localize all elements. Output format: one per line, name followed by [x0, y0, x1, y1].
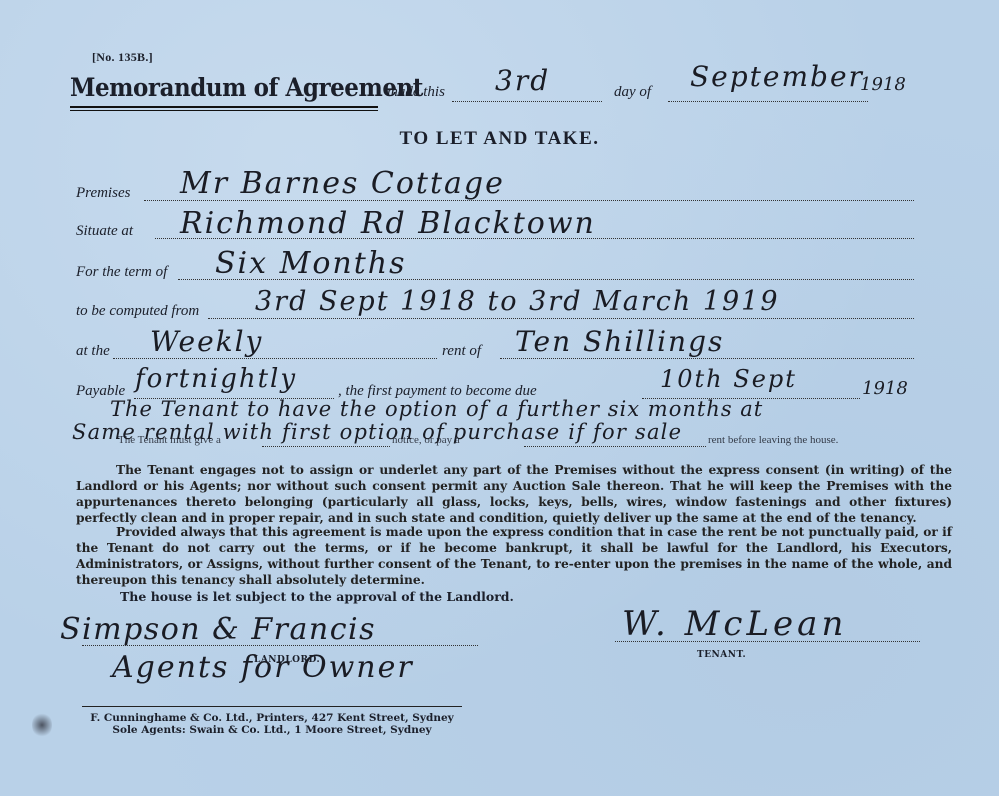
proviso-paragraph: Provided always that this agreement is m… [76, 524, 952, 588]
heading-underline [70, 106, 378, 111]
situate-label: Situate at [76, 223, 133, 240]
computed-label: to be computed from [76, 303, 199, 320]
at-the-label: at the [76, 343, 110, 360]
document-heading: Memorandum of Agreement [70, 73, 423, 102]
made-this-label: made this [387, 84, 445, 101]
notice-prefix: The Tenant must give a [118, 434, 221, 446]
first-payment-value[interactable]: 10th Sept [660, 365, 797, 393]
printer-rule [82, 706, 462, 707]
term-label: For the term of [76, 264, 167, 281]
notice-line [262, 446, 390, 447]
payable-value[interactable]: fortnightly [135, 364, 297, 394]
agreement-form: [No. 135B.] Memorandum of Agreement made… [0, 0, 999, 796]
computed-value[interactable]: 3rd Sept 1918 to 3rd March 1919 [255, 286, 780, 317]
first-payment-year[interactable]: 1918 [862, 378, 908, 399]
tenant-signature[interactable]: W. McLean [622, 604, 847, 644]
premises-value[interactable]: Mr Barnes Cottage [180, 166, 505, 201]
rent-of-value[interactable]: Ten Shillings [515, 325, 724, 358]
situate-value[interactable]: Richmond Rd Blacktown [180, 206, 596, 241]
printer-line-1: F. Cunninghame & Co. Ltd., Printers, 427… [82, 712, 462, 724]
premises-label: Premises [76, 185, 130, 202]
landlord-signature[interactable]: Simpson & Francis [60, 612, 376, 647]
form-number: [No. 135B.] [92, 50, 153, 65]
month-field-line [668, 101, 868, 102]
rent-of-label: rent of [442, 343, 481, 360]
tenant-label: TENANT. [697, 650, 746, 660]
computed-line [208, 318, 914, 319]
year-value[interactable]: 1918 [860, 74, 906, 95]
term-value[interactable]: Six Months [215, 246, 406, 281]
month-value[interactable]: September [690, 60, 864, 93]
printer-line-2: Sole Agents: Swain & Co. Ltd., 1 Moore S… [82, 724, 462, 736]
document-title: TO LET AND TAKE. [0, 128, 999, 150]
at-the-line [113, 358, 437, 359]
addendum-line-1[interactable]: The Tenant to have the option of a furth… [110, 397, 763, 421]
day-value[interactable]: 3rd [495, 64, 550, 97]
approval-note: The house is let subject to the approval… [120, 589, 514, 604]
day-field-line [452, 101, 602, 102]
ink-smudge [32, 712, 52, 738]
at-the-value[interactable]: Weekly [150, 325, 263, 358]
rent-of-line [500, 358, 914, 359]
tenant-obligations-paragraph: The Tenant engages not to assign or unde… [76, 462, 952, 526]
notice-middle: notice, or pay a [392, 434, 460, 446]
day-of-label: day of [614, 84, 651, 101]
landlord-note[interactable]: Agents for Owner [112, 650, 414, 685]
pay-line [524, 446, 706, 447]
notice-suffix: rent before leaving the house. [708, 434, 838, 446]
